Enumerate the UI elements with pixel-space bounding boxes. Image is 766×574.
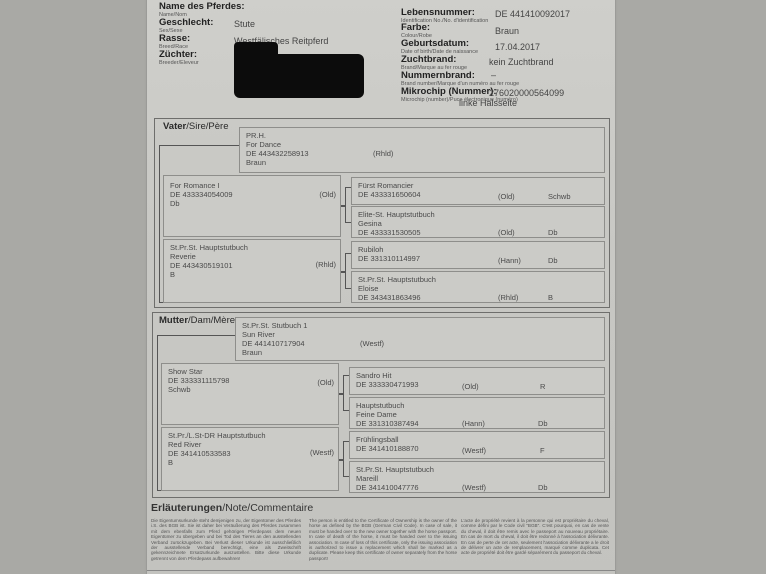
notes-text-en: The person is entitled to the Certificat… xyxy=(309,518,457,561)
dam-grandsire-ueln: DE 333331115798 xyxy=(168,376,332,385)
sire-ggd2-box: St.Pr.St. Hauptstutbuch Eloise DE 343431… xyxy=(351,271,605,303)
sire-section-title: Vater/Sire/Père xyxy=(163,121,229,132)
horse-name-field: Name des Pferdes: Name/Nom xyxy=(159,2,245,18)
number-brand-field: Nummernbrand: Brand number/Marque d'un n… xyxy=(401,71,519,87)
color-label: Farbe: xyxy=(401,23,432,33)
dam-grandsire-color: Schwb xyxy=(168,385,332,394)
dam-ggs2-registry: (Westf) xyxy=(462,446,486,455)
redacted-breeder-part2 xyxy=(234,54,364,98)
breeder-field: Züchter: Breeder/Eleveur xyxy=(159,50,199,66)
dam-box: St.Pr.St. Stutbuch 1 Sun River DE 441410… xyxy=(235,317,605,361)
sire-grandsire-box: For Romance I DE 433334054009 Db (Old) xyxy=(163,175,341,237)
breeder-label: Züchter: xyxy=(159,50,199,60)
notes-title: Erläuterungen/Note/Commentaire xyxy=(151,502,313,514)
dam-ggs1-box: Sandro Hit DE 333330471993 (Old) R xyxy=(349,367,605,395)
dam-ggd1-registry: (Hann) xyxy=(462,419,485,428)
sire-ggs1-color: Schwb xyxy=(548,192,571,201)
number-brand-value: – xyxy=(491,70,496,80)
dam-granddam-ueln: DE 341410533583 xyxy=(168,449,332,458)
dam-name: Sun River xyxy=(242,330,598,339)
sire-ggd1-color: Db xyxy=(548,228,558,237)
microchip-location: linke Halsseite xyxy=(459,98,517,108)
dam-granddam-title: St.Pr./L.St-DR Hauptstutbuch xyxy=(168,431,332,440)
sire-ggs1-name: Fürst Romancier xyxy=(358,181,598,190)
sire-granddam-title: St.Pr.St. Hauptstutbuch xyxy=(170,243,334,252)
sire-grandsire-ueln: DE 433334054009 xyxy=(170,190,334,199)
ueln-value: DE 441410092017 xyxy=(495,9,570,19)
sire-color: Braun xyxy=(246,158,598,167)
dam-registry: (Westf) xyxy=(360,339,384,348)
sire-name: For Dance xyxy=(246,140,598,149)
dam-ggs2-color: F xyxy=(540,446,545,455)
sire-granddam-ueln: DE 443430519101 xyxy=(170,261,334,270)
sire-title-rest: /Sire/Père xyxy=(186,121,228,132)
sire-ggd1-ueln: DE 433331530505 xyxy=(358,228,598,237)
dam-ggs1-color: R xyxy=(540,382,545,391)
breeder-sublabel: Breeder/Eleveur xyxy=(159,60,199,66)
dam-ggd2-color: Db xyxy=(538,483,548,492)
breed-label: Rasse: xyxy=(159,34,190,44)
dam-ggs1-registry: (Old) xyxy=(462,382,479,391)
sire-title: PR.H. xyxy=(246,131,598,140)
breed-brand-value: kein Zuchtbrand xyxy=(489,57,554,67)
sire-ggd2-color: B xyxy=(548,293,553,302)
dam-ggd1-box: Hauptstutbuch Feine Dame DE 331310387494… xyxy=(349,397,605,429)
sire-ggs2-box: Rubiloh DE 331310114997 (Hann) Db xyxy=(351,241,605,269)
sire-ggd2-title: St.Pr.St. Hauptstutbuch xyxy=(358,275,598,284)
sire-ggd2-registry: (Rhld) xyxy=(498,293,518,302)
dam-ggd2-name: Mareill xyxy=(356,474,598,483)
dob-value: 17.04.2017 xyxy=(495,42,540,52)
sire-ggs1-registry: (Old) xyxy=(498,192,515,201)
microchip-value: 276020000564099 xyxy=(489,88,564,98)
sire-ggd1-title: Elite-St. Hauptstutbuch xyxy=(358,210,598,219)
sire-ggs2-color: Db xyxy=(548,256,558,265)
dam-granddam-registry: (Westf) xyxy=(310,448,334,457)
certificate-paper: Name des Pferdes: Name/Nom Geschlecht: S… xyxy=(147,0,615,574)
sire-ggd1-registry: (Old) xyxy=(498,228,515,237)
sire-registry: (Rhld) xyxy=(373,149,393,158)
color-value: Braun xyxy=(495,26,519,36)
number-brand-label: Nummernbrand: xyxy=(401,71,519,81)
dam-ggd1-title: Hauptstutbuch xyxy=(356,401,598,410)
sire-ggs2-registry: (Hann) xyxy=(498,256,521,265)
horse-name-label: Name des Pferdes: xyxy=(159,2,245,12)
sex-field: Geschlecht: Sex/Sexe xyxy=(159,18,213,34)
sire-granddam-registry: (Rhld) xyxy=(316,260,336,269)
dam-ggs1-name: Sandro Hit xyxy=(356,371,598,380)
dam-ggd1-color: Db xyxy=(538,419,548,428)
sire-granddam-box: St.Pr.St. Hauptstutbuch Reverie DE 44343… xyxy=(163,239,341,303)
sire-ggs2-name: Rubiloh xyxy=(358,245,598,254)
dam-grandsire-name: Show Star xyxy=(168,367,332,376)
dob-label: Geburtsdatum: xyxy=(401,39,478,49)
sire-granddam-color: B xyxy=(170,270,334,279)
dam-section: Mutter/Dam/Mère St.Pr.St. Stutbuch 1 Sun… xyxy=(152,312,610,498)
notes-text-fr: L'acte de propriété revient à la personn… xyxy=(461,518,609,556)
dam-color: Braun xyxy=(242,348,598,357)
notes-title-rest: /Note/Commentaire xyxy=(222,502,313,514)
dam-granddam-box: St.Pr./L.St-DR Hauptstutbuch Red River D… xyxy=(161,427,339,491)
sire-grandsire-registry: (Old) xyxy=(319,190,336,199)
dam-ggd2-box: St.Pr.St. Hauptstutbuch Mareill DE 34141… xyxy=(349,461,605,493)
notes-text-de: Die Eigentumsurkunde steht demjenigen zu… xyxy=(151,518,301,561)
sire-ggd1-box: Elite-St. Hauptstutbuch Gesina DE 433331… xyxy=(351,206,605,238)
sire-section: Vater/Sire/Père PR.H. For Dance DE 44343… xyxy=(154,118,610,308)
dam-grandsire-registry: (Old) xyxy=(317,378,334,387)
dam-title-rest: /Dam/Mère xyxy=(188,315,235,326)
sire-ueln: DE 443432258913 xyxy=(246,149,598,158)
dam-ggd2-title: St.Pr.St. Hauptstutbuch xyxy=(356,465,598,474)
sire-granddam-name: Reverie xyxy=(170,252,334,261)
dam-granddam-name: Red River xyxy=(168,440,332,449)
dob-field: Geburtsdatum: Date of birth/Date de nais… xyxy=(401,39,478,55)
dam-ggd1-name: Feine Dame xyxy=(356,410,598,419)
dam-ggs2-box: Frühlingsball DE 341410188870 (Westf) F xyxy=(349,431,605,459)
ueln-label: Lebensnummer: xyxy=(401,8,488,18)
color-field: Farbe: Colour/Robe xyxy=(401,23,432,39)
bottom-rule xyxy=(147,570,615,571)
dam-title: St.Pr.St. Stutbuch 1 xyxy=(242,321,598,330)
sire-ggd1-name: Gesina xyxy=(358,219,598,228)
sire-ggd2-ueln: DE 343431863496 xyxy=(358,293,598,302)
breed-brand-field: Zuchtbrand: Brand/Marque au fer rouge xyxy=(401,55,467,71)
sire-ggs2-ueln: DE 331310114997 xyxy=(358,254,598,263)
sire-box: PR.H. For Dance DE 443432258913 Braun (R… xyxy=(239,127,605,173)
sire-ggs1-box: Fürst Romancier DE 433331650604 (Old) Sc… xyxy=(351,177,605,205)
sire-ggd2-name: Eloise xyxy=(358,284,598,293)
breed-brand-label: Zuchtbrand: xyxy=(401,55,467,65)
sex-value: Stute xyxy=(234,19,255,29)
sire-title-bold: Vater xyxy=(163,121,186,132)
dam-title-bold: Mutter xyxy=(159,315,188,326)
dam-grandsire-box: Show Star DE 333331115798 Schwb (Old) xyxy=(161,363,339,425)
sire-grandsire-color: Db xyxy=(170,199,334,208)
dam-ggd2-registry: (Westf) xyxy=(462,483,486,492)
sex-label: Geschlecht: xyxy=(159,18,213,28)
dam-section-title: Mutter/Dam/Mère xyxy=(159,315,235,326)
sire-grandsire-name: For Romance I xyxy=(170,181,334,190)
dam-ueln: DE 441410717904 xyxy=(242,339,598,348)
notes-title-bold: Erläuterungen xyxy=(151,502,222,514)
dam-ggs2-name: Frühlingsball xyxy=(356,435,598,444)
breed-field: Rasse: Breed/Race xyxy=(159,34,190,50)
dam-granddam-color: B xyxy=(168,458,332,467)
